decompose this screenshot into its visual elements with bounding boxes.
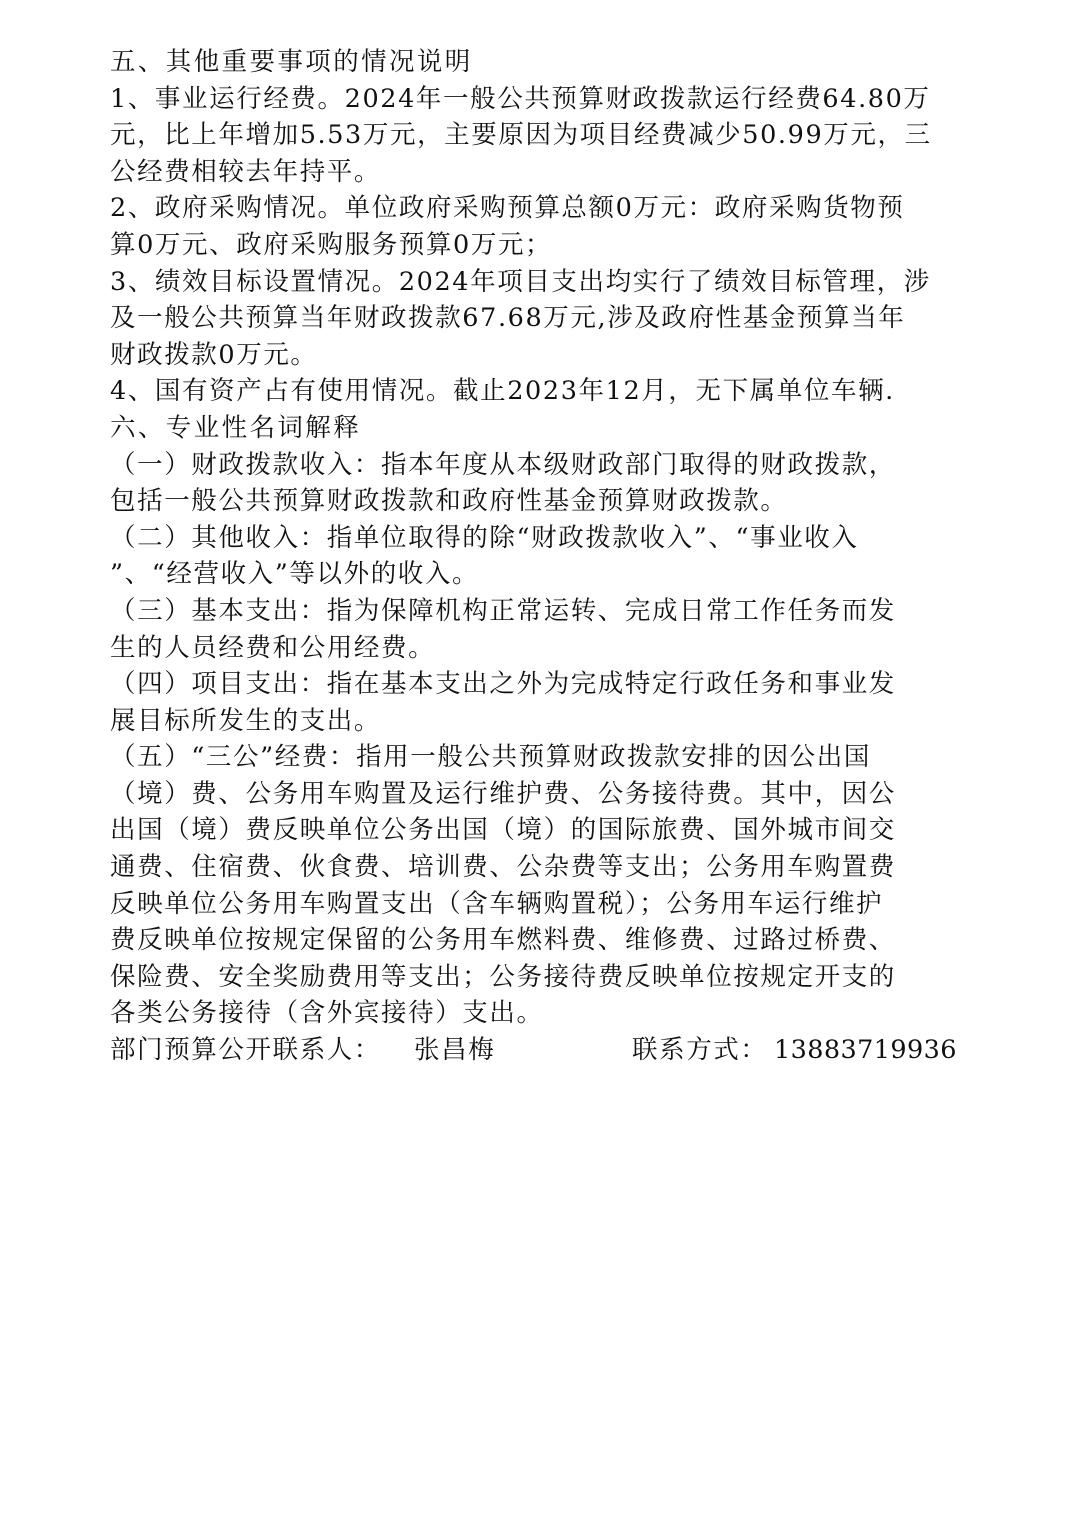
term-three-public-expenses: （五）“三公”经费：指用一般公共预算财政拨款安排的因公出国 （境）费、公务用车购… <box>110 739 970 1032</box>
term-basic-expenditure: （三）基本支出：指为保障机构正常运转、完成日常工作任务而发 生的人员经费和公用经… <box>110 593 970 666</box>
paragraph-line: 费反映单位按规定保留的公务用车燃料费、维修费、过路过桥费、 <box>110 922 970 959</box>
paragraph-line: 生的人员经费和公用经费。 <box>110 630 970 667</box>
section-heading-glossary: 六、专业性名词解释 <box>110 410 970 447</box>
paragraph-line: 出国（境）费反映单位公务出国（境）的国际旅费、国外城市间交 <box>110 812 970 849</box>
paragraph-line: （境）费、公务用车购置及运行维护费、公务接待费。其中，因公 <box>110 776 970 813</box>
term-project-expenditure: （四）项目支出：指在基本支出之外为完成特定行政任务和事业发 展目标所发生的支出。 <box>110 666 970 739</box>
paragraph-line: （二）其他收入：指单位取得的除“财政拨款收入”、“事业收入 <box>110 520 970 557</box>
contact-person-label: 部门预算公开联系人： <box>110 1032 381 1069</box>
paragraph-line: 通费、住宿费、伙食费、培训费、公杂费等支出；公务用车购置费 <box>110 849 970 886</box>
paragraph-line: 财政拨款0万元。 <box>110 337 970 374</box>
item-operating-expenses: 1、事业运行经费。2024年一般公共预算财政拨款运行经费64.80万 元，比上年… <box>110 81 970 191</box>
paragraph-line: 各类公务接待（含外宾接待）支出。 <box>110 995 970 1032</box>
paragraph-line: 3、绩效目标设置情况。2024年项目支出均实行了绩效目标管理，涉 <box>110 264 970 301</box>
item-performance-targets: 3、绩效目标设置情况。2024年项目支出均实行了绩效目标管理，涉 及一般公共预算… <box>110 264 970 374</box>
paragraph-line: 公经费相较去年持平。 <box>110 154 970 191</box>
paragraph-line: 反映单位公务用车购置支出（含车辆购置税）；公务用车运行维护 <box>110 886 970 923</box>
term-other-income: （二）其他收入：指单位取得的除“财政拨款收入”、“事业收入 ”、“经营收入”等以… <box>110 520 970 593</box>
paragraph-line: 算0万元、政府采购服务预算0万元； <box>110 227 970 264</box>
paragraph-line: 4、国有资产占有使用情况。截止2023年12月，无下属单位车辆. <box>110 373 970 410</box>
paragraph-line: （三）基本支出：指为保障机构正常运转、完成日常工作任务而发 <box>110 593 970 630</box>
contact-info: 部门预算公开联系人： 张昌梅 联系方式： 13883719936 <box>110 1032 970 1069</box>
contact-phone-number: 13883719936 <box>774 1032 957 1069</box>
paragraph-line: 包括一般公共预算财政拨款和政府性基金预算财政拨款。 <box>110 483 970 520</box>
contact-person-name: 张昌梅 <box>414 1032 495 1069</box>
paragraph-line: 1、事业运行经费。2024年一般公共预算财政拨款运行经费64.80万 <box>110 81 970 118</box>
item-state-assets: 4、国有资产占有使用情况。截止2023年12月，无下属单位车辆. <box>110 373 970 410</box>
paragraph-line: （四）项目支出：指在基本支出之外为完成特定行政任务和事业发 <box>110 666 970 703</box>
paragraph-line: （五）“三公”经费：指用一般公共预算财政拨款安排的因公出国 <box>110 739 970 776</box>
term-fiscal-appropriation-income: （一）财政拨款收入：指本年度从本级财政部门取得的财政拨款， 包括一般公共预算财政… <box>110 447 970 520</box>
document-page: 五、其他重要事项的情况说明 1、事业运行经费。2024年一般公共预算财政拨款运行… <box>110 44 970 1069</box>
contact-phone-label: 联系方式： <box>632 1032 768 1069</box>
paragraph-line: ”、“经营收入”等以外的收入。 <box>110 556 970 593</box>
item-government-procurement: 2、政府采购情况。单位政府采购预算总额0万元：政府采购货物预 算0万元、政府采购… <box>110 190 970 263</box>
section-heading-other-matters: 五、其他重要事项的情况说明 <box>110 44 970 81</box>
paragraph-line: 展目标所发生的支出。 <box>110 703 970 740</box>
paragraph-line: （一）财政拨款收入：指本年度从本级财政部门取得的财政拨款， <box>110 447 970 484</box>
paragraph-line: 2、政府采购情况。单位政府采购预算总额0万元：政府采购货物预 <box>110 190 970 227</box>
paragraph-line: 及一般公共预算当年财政拨款67.68万元,涉及政府性基金预算当年 <box>110 300 970 337</box>
paragraph-line: 保险费、安全奖励费用等支出；公务接待费反映单位按规定开支的 <box>110 959 970 996</box>
paragraph-line: 元，比上年增加5.53万元，主要原因为项目经费减少50.99万元，三 <box>110 117 970 154</box>
